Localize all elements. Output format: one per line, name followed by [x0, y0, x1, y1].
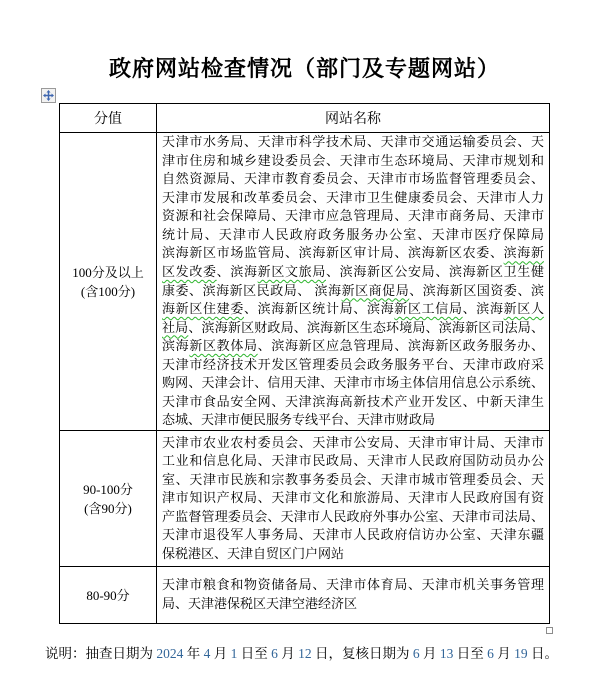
- note-text: 日，复核日期为: [312, 646, 413, 661]
- note-date-number: 19: [514, 646, 528, 661]
- spellcheck-underline: 新区人: [504, 301, 544, 316]
- note-text: 月: [278, 646, 298, 661]
- spellcheck-underline: 新区商促局: [342, 283, 410, 298]
- sites-text-line: 天津市水务局、天津市科学技术局、天津市交通运输委员会、天: [162, 133, 544, 152]
- table-row: 90-100分(含90分)天津市农业农村委员会、天津市公安局、天津市审计局、天津…: [60, 431, 550, 567]
- note-text: 日。: [528, 646, 558, 661]
- sites-text-line: 津市知识产权局、天津市文化和旅游局、天津市人民政府国有资: [162, 489, 544, 508]
- note-text: 日至: [453, 646, 487, 661]
- table-row: 80-90分天津市粮食和物资储备局、天津市体育局、天津市机关事务管理局、天津港保…: [60, 567, 550, 624]
- sites-text-line: 天津市退役军人事务局、天津市人民政府信访办公室、天津东疆: [162, 526, 544, 545]
- note-date-number: 6: [487, 646, 494, 661]
- spellcheck-underline: 区发改委: [162, 264, 217, 279]
- spellcheck-underline: 新区教体局: [189, 338, 257, 353]
- spellcheck-underline: 滨海新: [504, 245, 544, 260]
- note-date-number: 2024: [156, 646, 183, 661]
- table-body: 100分及以上(含100分)天津市水务局、天津市科学技术局、天津市交通运输委员会…: [60, 133, 550, 624]
- table-header-row: 分值 网站名称: [60, 104, 550, 133]
- header-site-names: 网站名称: [157, 104, 550, 133]
- sites-cell: 天津市粮食和物资储备局、天津市体育局、天津市机关事务管理局、天津港保税区天津空港…: [157, 567, 550, 624]
- sites-text-line: 购网、天津会计、信用天津、天津市市场主体信用信息公示系统、: [162, 374, 544, 393]
- table-move-handle[interactable]: [41, 88, 56, 103]
- score-line: 90-100分: [60, 480, 156, 499]
- sites-text-line: 海新区住建委、滨海新区统计局、滨海新区工信局、滨海新区人: [162, 300, 544, 319]
- sites-text-line: 天津市粮食和物资储备局、天津市体育局、天津市机关事务管理: [162, 576, 544, 595]
- sites-text-line: 滨海新区教体局、滨海新区应急管理局、滨海新区政务服务办、: [162, 337, 544, 356]
- sites-text-line: 区发改委、滨海新区文旅局、滨海新区公安局、滨海新区卫生健: [162, 263, 544, 282]
- score-table: 分值 网站名称 100分及以上(含100分)天津市水务局、天津市科学技术局、天津…: [59, 103, 550, 624]
- sites-text-line: 资源和社会保障局、天津市应急管理局、天津市商务局、天津市: [162, 207, 544, 226]
- spellcheck-underline: 新区工信局: [394, 301, 462, 316]
- note-date-number: 12: [298, 646, 312, 661]
- footnote: 说明：抽查日期为 2024 年 4 月 1 日至 6 月 12 日，复核日期为 …: [45, 645, 605, 663]
- score-cell: 80-90分: [60, 567, 157, 624]
- spellcheck-underline: 新区文旅局: [258, 264, 326, 279]
- move-arrows-icon: [43, 90, 54, 101]
- score-line: 100分及以上: [60, 263, 156, 282]
- header-score: 分值: [60, 104, 157, 133]
- sites-text-line: 康委、滨海新区民政局、 滨海新区商促局、滨海新区国资委、滨: [162, 282, 544, 301]
- document-page: 政府网站检查情况（部门及专题网站） 分值 网站名称 100分及以上(含100分)…: [0, 0, 612, 697]
- sites-text-line: 社局、滨海新区财政局、滨海新区生态环境局、滨海新区司法局、: [162, 319, 544, 338]
- sites-text-line: 自然资源局、天津市教育委员会、天津市市场监督管理委员会、: [162, 170, 544, 189]
- sites-text-line: 天津市食品安全网、天津滨海高新技术产业开发区、中新天津生: [162, 393, 544, 412]
- table-resize-handle[interactable]: [546, 627, 553, 634]
- note-text: 日至: [237, 646, 271, 661]
- sites-cell: 天津市农业农村委员会、天津市公安局、天津市审计局、天津市工业和信息化局、天津市民…: [157, 431, 550, 567]
- score-cell: 90-100分(含90分): [60, 431, 157, 567]
- note-text: 月: [494, 646, 514, 661]
- spellcheck-underline: 社局: [162, 320, 188, 335]
- sites-cell: 天津市水务局、天津市科学技术局、天津市交通运输委员会、天津市住房和城乡建设委员会…: [157, 133, 550, 431]
- sites-text-line: 滨海新区市场监管局、滨海新区审计局、滨海新区农委、滨海新: [162, 244, 544, 263]
- sites-text-line: 态城、天津市便民服务专线平台、天津市财政局: [162, 411, 544, 430]
- sites-text-line: 津市住房和城乡建设委员会、天津市生态环境局、天津市规划和: [162, 152, 544, 171]
- table-row: 100分及以上(含100分)天津市水务局、天津市科学技术局、天津市交通运输委员会…: [60, 133, 550, 431]
- score-line: (含100分): [60, 282, 156, 301]
- page-title: 政府网站检查情况（部门及专题网站）: [59, 52, 550, 83]
- note-text: 月: [420, 646, 440, 661]
- score-line: 80-90分: [60, 586, 156, 605]
- note-date-number: 13: [440, 646, 454, 661]
- sites-text-line: 局、天津港保税区天津空港经济区: [162, 595, 544, 614]
- sites-text-line: 工业和信息化局、天津市民政局、天津市人民政府国防动员办公: [162, 452, 544, 471]
- sites-text-line: 室、天津市民族和宗教事务委员会、天津市城市管理委员会、天: [162, 471, 544, 490]
- sites-text-line: 天津市农业农村委员会、天津市公安局、天津市审计局、天津市: [162, 434, 544, 453]
- score-line: (含90分): [60, 499, 156, 518]
- spellcheck-underline: 海新区住建委: [162, 301, 244, 316]
- note-date-number: 6: [413, 646, 420, 661]
- note-text: 月: [210, 646, 230, 661]
- sites-text-line: 产监督管理委员会、天津市人民政府外事办公室、天津市司法局、: [162, 508, 544, 527]
- sites-text-line: 天津市发展和改革委员会、天津市卫生健康委员会、天津市人力: [162, 189, 544, 208]
- note-text: 说明：抽查日期为: [45, 646, 156, 661]
- note-text: 年: [183, 646, 203, 661]
- sites-text-line: 保税港区、天津自贸区门户网站: [162, 545, 544, 564]
- sites-text-line: 天津市经济技术开发区管理委员会政务服务平台、天津市政府采: [162, 356, 544, 375]
- score-cell: 100分及以上(含100分): [60, 133, 157, 431]
- sites-text-line: 统计局、天津市人民政府政务服务办公室、天津市医疗保障局: [162, 226, 544, 245]
- note-date-number: 6: [271, 646, 278, 661]
